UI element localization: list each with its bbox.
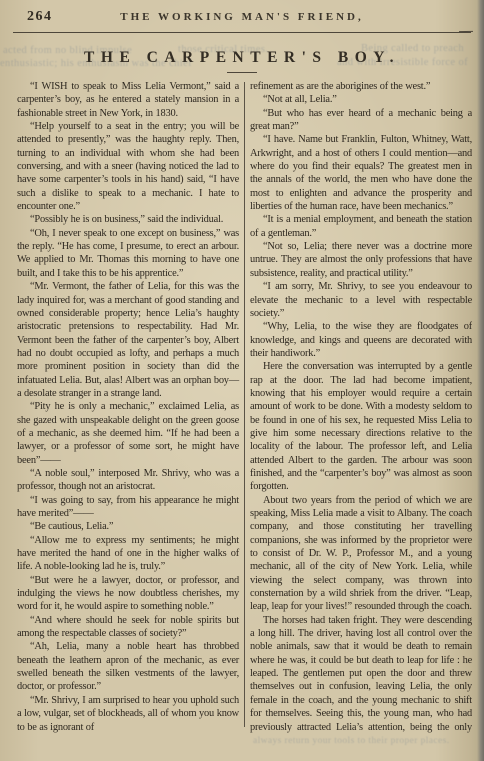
- paragraph: “I am sorry, Mr. Shrivy, to see you ende…: [250, 280, 472, 320]
- paragraph: “Possibly he is on business,” said the i…: [17, 213, 239, 226]
- right-column: refinement as are the aborigines of the …: [250, 80, 472, 733]
- paragraph: “Oh, I never speak to one except on busi…: [17, 227, 239, 280]
- paragraph: About two years from the period of which…: [250, 494, 472, 614]
- title-rule: [227, 72, 257, 73]
- paragraph: “I was going to say, from his appearance…: [17, 494, 239, 521]
- paragraph: “Pity he is only a mechanic,” exclaimed …: [17, 400, 239, 467]
- paragraph: Here the conversation was interrupted by…: [250, 360, 472, 493]
- paragraph: refinement as are the aborigines of the …: [250, 80, 472, 93]
- masthead: 264 THE WORKING MAN'S FRIEND,: [14, 9, 470, 29]
- paragraph: “It is a menial employment, and beneath …: [250, 213, 472, 240]
- paragraph: “I have. Name but Franklin, Fulton, Whit…: [250, 133, 472, 213]
- paragraph: “And where should he seek for noble spir…: [17, 614, 239, 641]
- paragraph: “Ah, Lelia, many a noble heart has throb…: [17, 640, 239, 693]
- page-content: 264 THE WORKING MAN'S FRIEND, THE CARPEN…: [0, 9, 484, 733]
- scanned-page: acted from no blind impulse those critic…: [0, 0, 484, 761]
- paragraph: “But were he a lawyer, doctor, or profes…: [17, 574, 239, 614]
- paragraph: “But who has ever heard of a mechanic be…: [250, 107, 472, 134]
- scan-edge-shadow: [477, 0, 484, 761]
- text-columns: “I WISH to speak to Miss Lelia Vermont,”…: [17, 80, 472, 733]
- column-divider-rule: [244, 82, 245, 727]
- paragraph: “A noble soul,” interposed Mr. Shrivy, w…: [17, 467, 239, 494]
- paragraph: “Mr. Vermont, the father of Lelia, for t…: [17, 280, 239, 400]
- paragraph: The horses had taken fright. They were d…: [250, 614, 472, 733]
- header-rule: [13, 32, 471, 33]
- paragraph: “I WISH to speak to Miss Lelia Vermont,”…: [17, 80, 239, 120]
- left-column: “I WISH to speak to Miss Lelia Vermont,”…: [17, 80, 239, 733]
- paragraph: “Allow me to express my sentiments; he m…: [17, 534, 239, 574]
- paragraph: “Not at all, Lelia.”: [250, 93, 472, 106]
- paragraph: “Not so, Lelia; there never was a doctri…: [250, 240, 472, 280]
- paragraph: “Help yourself to a seat in the entry; y…: [17, 120, 239, 213]
- paragraph: “Mr. Shrivy, I am surprised to hear you …: [17, 694, 239, 733]
- article-title: THE CARPENTER'S BOY.: [0, 49, 484, 67]
- running-title: THE WORKING MAN'S FRIEND,: [14, 11, 470, 23]
- bleedthrough-text: always return your tools to their proper…: [253, 736, 449, 746]
- paragraph: “Why, Lelia, to the wise they are floodg…: [250, 320, 472, 360]
- paragraph: “Be cautious, Lelia.”: [17, 520, 239, 533]
